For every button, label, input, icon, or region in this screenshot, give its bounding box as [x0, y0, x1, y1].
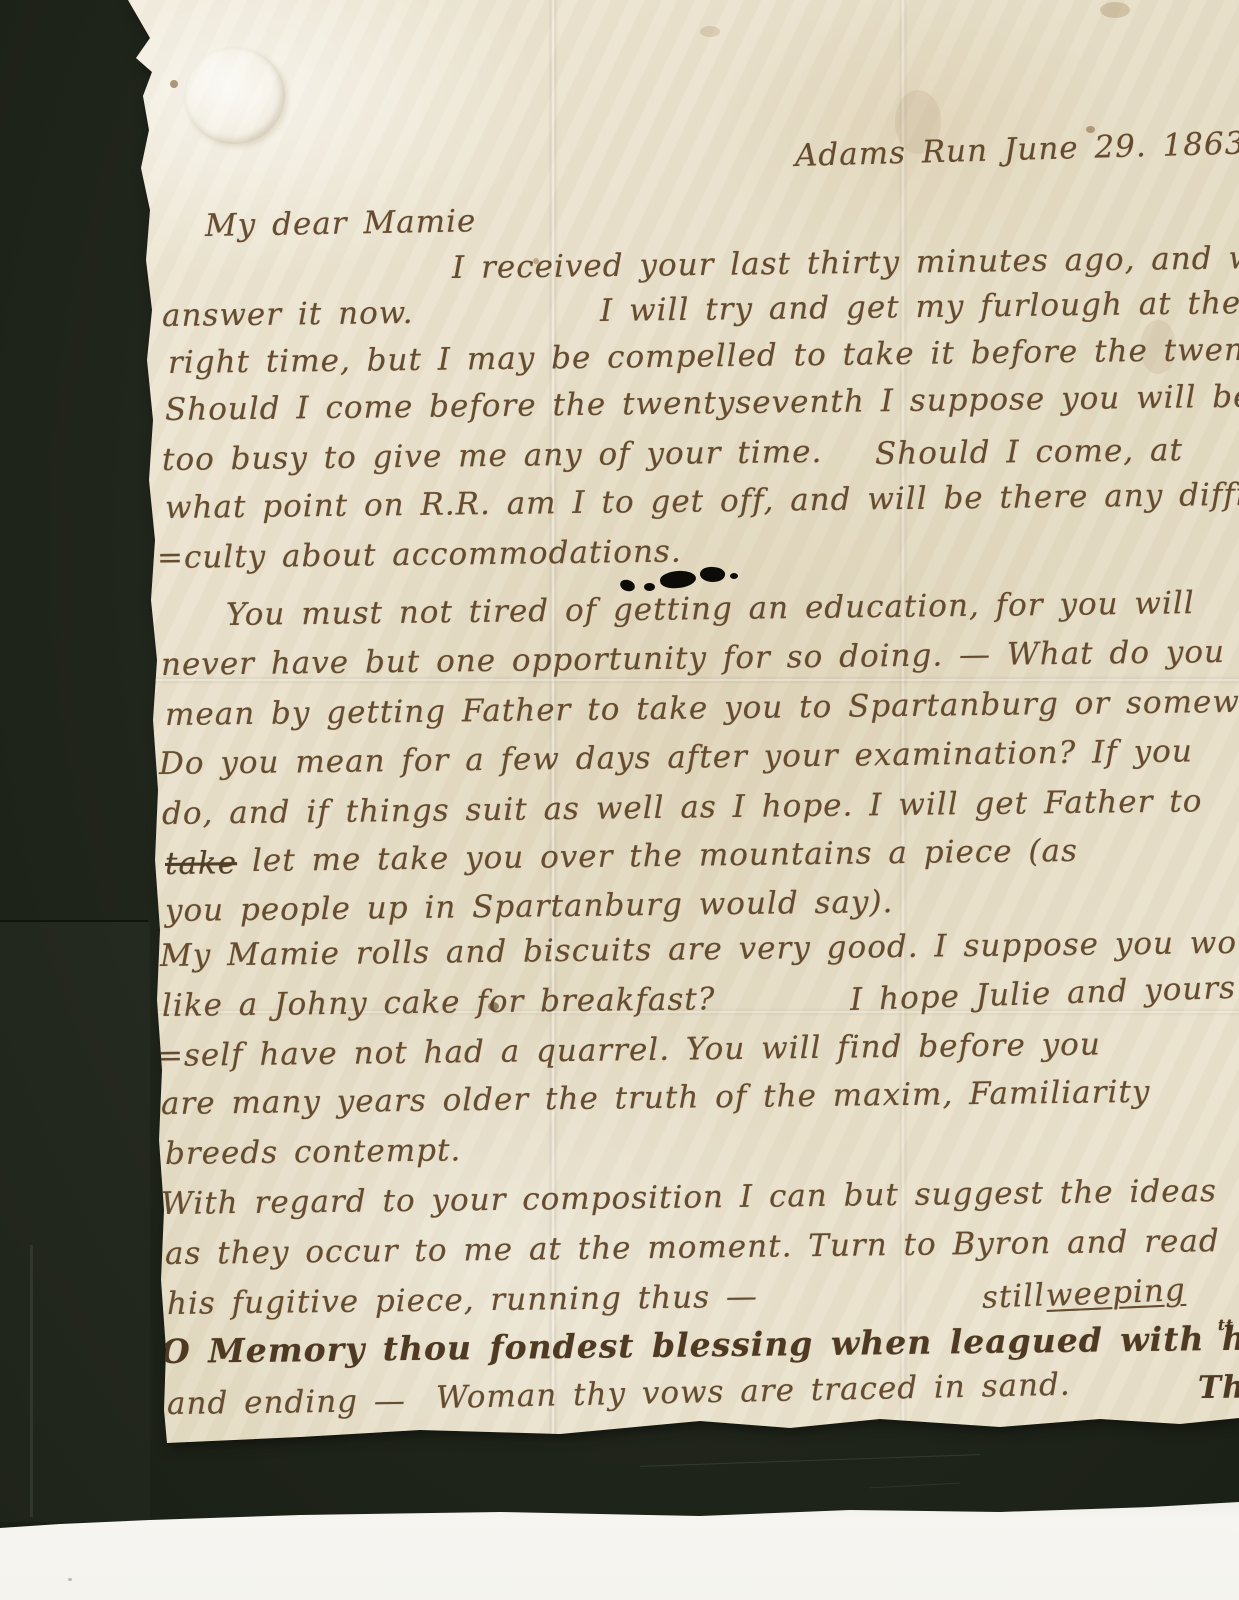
letter-line: Should I come before the twentyseventh I… [165, 379, 1239, 428]
letter-line: You must not tired of getting an educati… [226, 585, 1195, 633]
salutation: My dear Mamie [205, 203, 477, 244]
letter-photo: Adams Run June 29. 1863My dear MamieI re… [0, 0, 1239, 1600]
letter-line: let me take you over the mountains a pie… [252, 833, 1078, 879]
paper-stain [1100, 2, 1130, 18]
letter-line: are many years older the truth of the ma… [161, 1074, 1151, 1122]
letter-line: you people up in Spartanburg would say). [165, 884, 894, 929]
letter-line: like a Johny cake for breakfast? [162, 981, 716, 1024]
embossed-seal [179, 42, 291, 151]
letter-line: Woman thy vows are traced in sand. [436, 1367, 1071, 1416]
letter-line: as they occur to me at the moment. Turn … [165, 1223, 1220, 1272]
letter-line: answer it now. [162, 295, 414, 334]
paper-stain [170, 80, 178, 88]
letter-line: his fugitive piece, running thus — [167, 1279, 758, 1322]
letter-line: Th [1198, 1369, 1239, 1406]
letter-line: mean by getting Father to take you to Sp… [165, 683, 1239, 733]
dateline: Adams Run June 29. 1863 [794, 125, 1239, 174]
letter-paper-wrap: Adams Run June 29. 1863My dear MamieI re… [0, 0, 1239, 1600]
letter-line: I will try and get my furlough at the [600, 285, 1239, 329]
paper-stain [700, 26, 720, 37]
letter-line: right time, but I may be compelled to ta… [168, 330, 1239, 381]
letter-line: what point on R.R. am I to get off, and … [165, 477, 1239, 526]
letter-paper: Adams Run June 29. 1863My dear MamieI re… [0, 0, 1239, 1600]
letter-line: =culty about accommodations. [157, 534, 682, 576]
letter-line: weeping [1045, 1272, 1186, 1314]
letter-line: My Mamie rolls and biscuits are very goo… [160, 925, 1239, 974]
letter-line: still [981, 1277, 1046, 1316]
letter-line: Should I come, at [875, 432, 1183, 472]
letter-line: breeds contempt. [165, 1132, 462, 1172]
letter-line: tt [1218, 1316, 1234, 1334]
letter-line: =self have not had a quarrel. You will f… [157, 1026, 1101, 1074]
letter-line: take [165, 845, 238, 882]
letter-line: With regard to your composition I can bu… [161, 1173, 1217, 1222]
letter-line: Do you mean for a few days after your ex… [159, 733, 1193, 782]
letter-line: and ending — [167, 1383, 406, 1422]
letter-line: I received your last thirty minutes ago,… [452, 240, 1239, 286]
letter-line: too busy to give me any of your time. [162, 434, 823, 478]
letter-line: do, and if things suit as well as I hope… [162, 783, 1203, 832]
letter-line: O Memory thou fondest blessing when leag… [161, 1318, 1239, 1371]
